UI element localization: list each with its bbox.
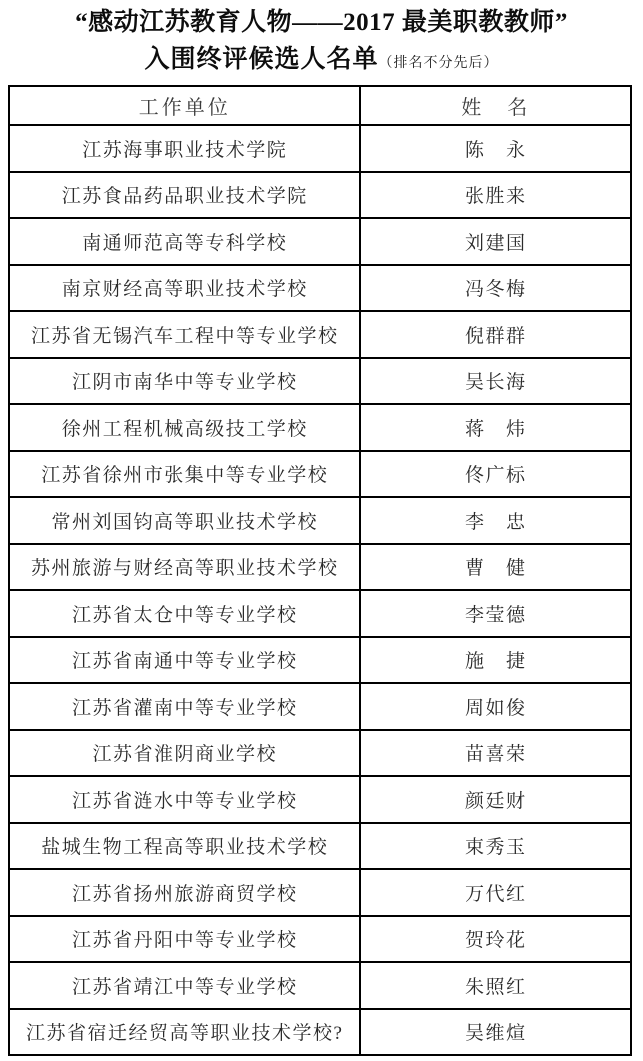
name-cell: 吴维煊 <box>360 1009 631 1056</box>
name-cell: 周如俊 <box>360 683 631 730</box>
unit-cell: 江苏省太仓中等专业学校 <box>9 590 360 637</box>
name-cell: 颜廷财 <box>360 776 631 823</box>
table-row: 盐城生物工程高等职业技术学校 束秀玉 <box>9 823 631 870</box>
name-cell: 施 捷 <box>360 637 631 684</box>
table-row: 江阴市南华中等专业学校 吴长海 <box>9 358 631 405</box>
unit-cell: 江苏省宿迁经贸高等职业技术学校? <box>9 1009 360 1056</box>
name-cell: 吴长海 <box>360 358 631 405</box>
table-row: 江苏省太仓中等专业学校 李莹德 <box>9 590 631 637</box>
table-row: 徐州工程机械高级技工学校 蒋 炜 <box>9 404 631 451</box>
unit-cell: 江苏省灌南中等专业学校 <box>9 683 360 730</box>
name-cell: 倪群群 <box>360 311 631 358</box>
table-row: 江苏省无锡汽车工程中等专业学校 倪群群 <box>9 311 631 358</box>
header-cell-name: 姓 名 <box>360 86 631 125</box>
table-row: 江苏省南通中等专业学校 施 捷 <box>9 637 631 684</box>
title-block: “感动江苏教育人物——2017 最美职教教师” 入围终评候选人名单（排名不分先后… <box>0 0 643 82</box>
name-cell: 刘建国 <box>360 218 631 265</box>
table-row: 江苏省靖江中等专业学校 朱照红 <box>9 962 631 1009</box>
name-cell: 曹 健 <box>360 544 631 591</box>
unit-cell: 盐城生物工程高等职业技术学校 <box>9 823 360 870</box>
name-cell: 冯冬梅 <box>360 265 631 312</box>
table-row: 江苏食品药品职业技术学院 张胜来 <box>9 172 631 219</box>
unit-cell: 江苏省靖江中等专业学校 <box>9 962 360 1009</box>
table-row: 江苏省扬州旅游商贸学校 万代红 <box>9 869 631 916</box>
unit-cell: 江苏省南通中等专业学校 <box>9 637 360 684</box>
table-row: 江苏省徐州市张集中等专业学校 佟广标 <box>9 451 631 498</box>
table-row: 江苏海事职业技术学院 陈 永 <box>9 125 631 172</box>
unit-cell: 江苏食品药品职业技术学院 <box>9 172 360 219</box>
table-header-row: 工作单位 姓 名 <box>9 86 631 125</box>
name-cell: 贺玲花 <box>360 916 631 963</box>
name-cell: 佟广标 <box>360 451 631 498</box>
document-subtitle: 入围终评候选人名单（排名不分先后） <box>0 41 643 82</box>
header-cell-unit: 工作单位 <box>9 86 360 125</box>
name-cell: 束秀玉 <box>360 823 631 870</box>
unit-cell: 徐州工程机械高级技工学校 <box>9 404 360 451</box>
name-cell: 张胜来 <box>360 172 631 219</box>
table-row: 江苏省丹阳中等专业学校 贺玲花 <box>9 916 631 963</box>
unit-cell: 江苏省无锡汽车工程中等专业学校 <box>9 311 360 358</box>
unit-cell: 南通师范高等专科学校 <box>9 218 360 265</box>
unit-cell: 江阴市南华中等专业学校 <box>9 358 360 405</box>
name-cell: 李 忠 <box>360 497 631 544</box>
table-body: 江苏海事职业技术学院 陈 永 江苏食品药品职业技术学院 张胜来 南通师范高等专科… <box>9 125 631 1055</box>
name-cell: 朱照红 <box>360 962 631 1009</box>
unit-cell: 苏州旅游与财经高等职业技术学校 <box>9 544 360 591</box>
table-row: 江苏省宿迁经贸高等职业技术学校? 吴维煊 <box>9 1009 631 1056</box>
unit-cell: 江苏省淮阴商业学校 <box>9 730 360 777</box>
table-row: 南通师范高等专科学校 刘建国 <box>9 218 631 265</box>
name-cell: 李莹德 <box>360 590 631 637</box>
unit-cell: 江苏省涟水中等专业学校 <box>9 776 360 823</box>
unit-cell: 江苏省徐州市张集中等专业学校 <box>9 451 360 498</box>
unit-cell: 南京财经高等职业技术学校 <box>9 265 360 312</box>
table-row: 江苏省淮阴商业学校 苗喜荣 <box>9 730 631 777</box>
table-row: 常州刘国钧高等职业技术学校 李 忠 <box>9 497 631 544</box>
name-cell: 苗喜荣 <box>360 730 631 777</box>
subtitle-note: （排名不分先后） <box>379 56 499 71</box>
table-row: 苏州旅游与财经高等职业技术学校 曹 健 <box>9 544 631 591</box>
table-row: 江苏省涟水中等专业学校 颜廷财 <box>9 776 631 823</box>
table-row: 南京财经高等职业技术学校 冯冬梅 <box>9 265 631 312</box>
unit-cell: 江苏海事职业技术学院 <box>9 125 360 172</box>
unit-cell: 江苏省扬州旅游商贸学校 <box>9 869 360 916</box>
unit-cell: 江苏省丹阳中等专业学校 <box>9 916 360 963</box>
name-cell: 蒋 炜 <box>360 404 631 451</box>
subtitle-text: 入围终评候选人名单 <box>144 46 378 73</box>
document-title: “感动江苏教育人物——2017 最美职教教师” <box>0 5 643 41</box>
name-cell: 陈 永 <box>360 125 631 172</box>
name-cell: 万代红 <box>360 869 631 916</box>
document-page: “感动江苏教育人物——2017 最美职教教师” 入围终评候选人名单（排名不分先后… <box>0 0 643 1061</box>
roster-table: 工作单位 姓 名 江苏海事职业技术学院 陈 永 江苏食品药品职业技术学院 张胜来… <box>8 85 632 1056</box>
unit-cell: 常州刘国钧高等职业技术学校 <box>9 497 360 544</box>
table-row: 江苏省灌南中等专业学校 周如俊 <box>9 683 631 730</box>
